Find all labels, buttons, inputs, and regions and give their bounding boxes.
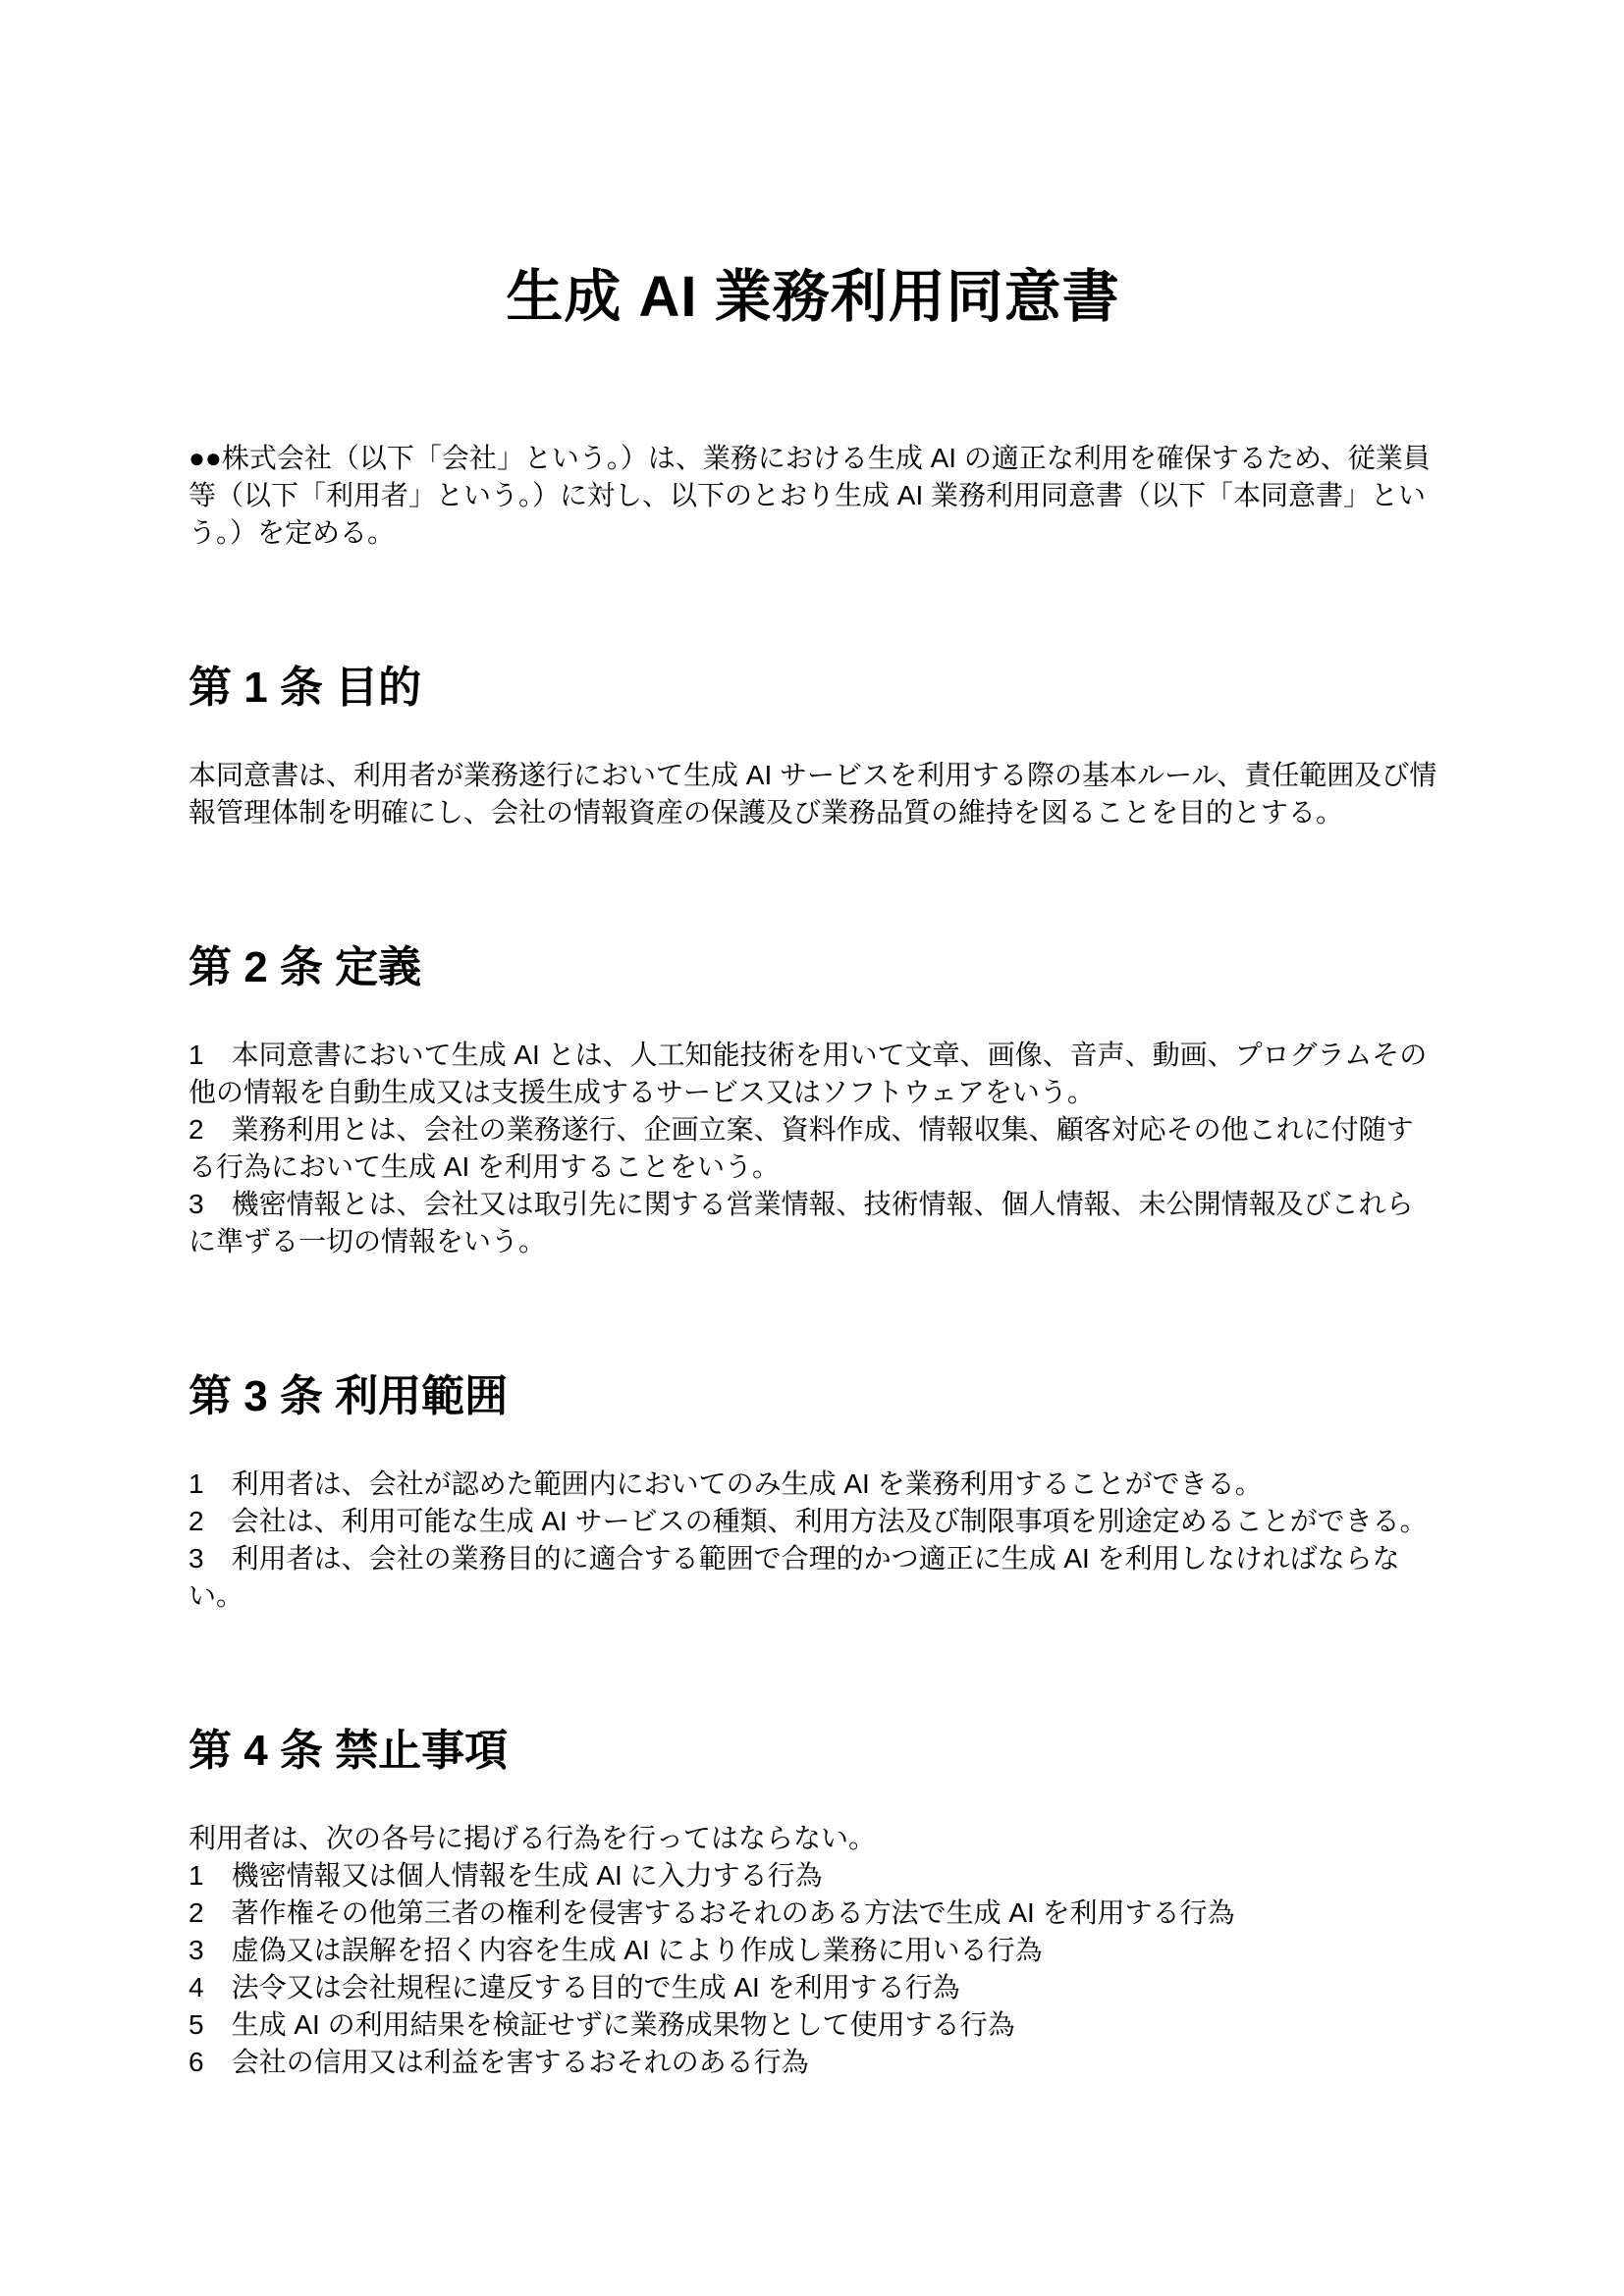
intro-paragraph: ●●株式会社（以下「会社」という。）は、業務における生成 AI の適正な利用を確…: [189, 440, 1437, 552]
section-heading: 第 4 条 禁止事項: [189, 1725, 1437, 1778]
section-heading: 第 3 条 利用範囲: [189, 1370, 1437, 1423]
section-paragraph: 1 機密情報又は個人情報を生成 AI に入力する行為: [189, 1857, 1437, 1895]
section-paragraph: 2 著作権その他第三者の権利を侵害するおそれのある方法で生成 AI を利用する行…: [189, 1895, 1437, 1932]
document-section: 第 2 条 定義1 本同意書において生成 AI とは、人工知能技術を用いて文章、…: [189, 941, 1437, 1260]
section-heading: 第 1 条 目的: [189, 662, 1437, 715]
document-section: 第 3 条 利用範囲1 利用者は、会社が認めた範囲内においてのみ生成 AI を業…: [189, 1370, 1437, 1615]
section-paragraph: 6 会社の信用又は利益を害するおそれのある行為: [189, 2044, 1437, 2081]
document-title: 生成 AI 業務利用同意書: [189, 260, 1437, 335]
document-page: 生成 AI 業務利用同意書 ●●株式会社（以下「会社」という。）は、業務における…: [0, 0, 1624, 2296]
section-paragraph: 3 機密情報とは、会社又は取引先に関する営業情報、技術情報、個人情報、未公開情報…: [189, 1186, 1437, 1260]
section-paragraph: 3 利用者は、会社の業務目的に適合する範囲で合理的かつ適正に生成 AI を利用し…: [189, 1540, 1437, 1615]
section-paragraph: 利用者は、次の各号に掲げる行為を行ってはならない。: [189, 1820, 1437, 1857]
section-paragraph: 2 業務利用とは、会社の業務遂行、企画立案、資料作成、情報収集、顧客対応その他こ…: [189, 1111, 1437, 1186]
section-paragraph: 本同意書は、利用者が業務遂行において生成 AI サービスを利用する際の基本ルール…: [189, 757, 1437, 831]
document-section: 第 4 条 禁止事項利用者は、次の各号に掲げる行為を行ってはならない。1 機密情…: [189, 1725, 1437, 2081]
document-section: 第 1 条 目的本同意書は、利用者が業務遂行において生成 AI サービスを利用す…: [189, 662, 1437, 831]
section-paragraph: 4 法令又は会社規程に違反する目的で生成 AI を利用する行為: [189, 1969, 1437, 2006]
section-paragraph: 2 会社は、利用可能な生成 AI サービスの種類、利用方法及び制限事項を別途定め…: [189, 1503, 1437, 1540]
section-heading: 第 2 条 定義: [189, 941, 1437, 994]
section-paragraph: 5 生成 AI の利用結果を検証せずに業務成果物として使用する行為: [189, 2006, 1437, 2044]
section-paragraph: 3 虚偽又は誤解を招く内容を生成 AI により作成し業務に用いる行為: [189, 1932, 1437, 1969]
document-sections: 第 1 条 目的本同意書は、利用者が業務遂行において生成 AI サービスを利用す…: [189, 662, 1437, 2081]
section-paragraph: 1 本同意書において生成 AI とは、人工知能技術を用いて文章、画像、音声、動画…: [189, 1037, 1437, 1111]
section-paragraph: 1 利用者は、会社が認めた範囲内においてのみ生成 AI を業務利用することができ…: [189, 1466, 1437, 1503]
